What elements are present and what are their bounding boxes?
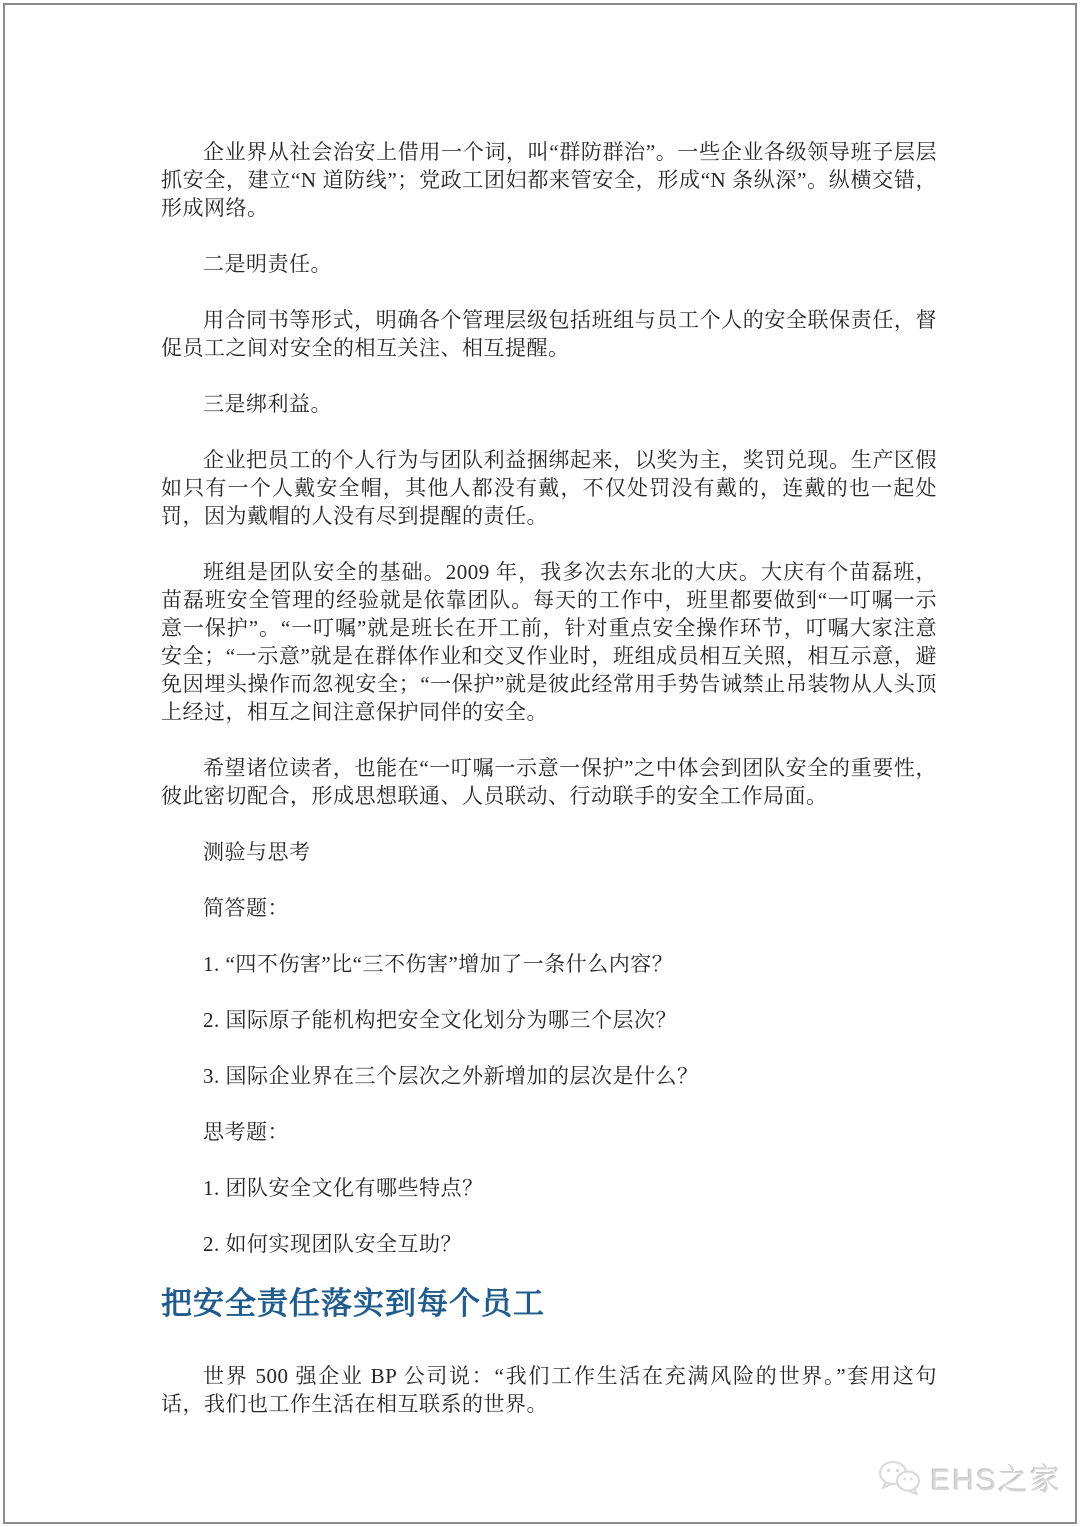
section-heading: 把安全责任落实到每个员工 — [161, 1286, 937, 1322]
quiz-question: 2. 如何实现团队安全互助？ — [161, 1230, 937, 1258]
paragraph: 用合同书等形式，明确各个管理层级包括班组与员工个人的安全联保责任，督促员工之间对… — [161, 306, 937, 362]
document-body: 企业界从社会治安上借用一个词，叫“群防群治”。一些企业各级领导班子层层抓安全，建… — [161, 0, 937, 1446]
quiz-question: 2. 国际原子能机构把安全文化划分为哪三个层次？ — [161, 1006, 937, 1034]
quiz-question: 1. “四不伤害”比“三不伤害”增加了一条什么内容？ — [161, 950, 937, 978]
paragraph: 企业把员工的个人行为与团队利益捆绑起来，以奖为主，奖罚兑现。生产区假如只有一个人… — [161, 446, 937, 530]
wechat-icon — [878, 1459, 922, 1495]
quiz-section-title: 测验与思考 — [161, 838, 937, 866]
watermark: EHS之家 — [878, 1455, 1062, 1499]
subpoint-line: 二是明责任。 — [161, 250, 937, 278]
paragraph: 班组是团队安全的基础。2009 年，我多次去东北的大庆。大庆有个苗磊班，苗磊班安… — [161, 558, 937, 726]
paragraph: 企业界从社会治安上借用一个词，叫“群防群治”。一些企业各级领导班子层层抓安全，建… — [161, 138, 937, 222]
quiz-question: 1. 团队安全文化有哪些特点？ — [161, 1174, 937, 1202]
paragraph: 世界 500 强企业 BP 公司说：“我们工作生活在充满风险的世界。”套用这句话… — [161, 1362, 937, 1418]
quiz-question: 3. 国际企业界在三个层次之外新增加的层次是什么？ — [161, 1062, 937, 1090]
quiz-subsection-label: 简答题： — [161, 894, 937, 922]
document-page: 企业界从社会治安上借用一个词，叫“群防群治”。一些企业各级领导班子层层抓安全，建… — [0, 0, 1080, 1527]
subpoint-line: 三是绑利益。 — [161, 390, 937, 418]
paragraph: 希望诸位读者，也能在“一叮嘱一示意一保护”之中体会到团队安全的重要性，彼此密切配… — [161, 754, 937, 810]
quiz-subsection-label: 思考题： — [161, 1118, 937, 1146]
watermark-text: EHS之家 — [930, 1455, 1062, 1499]
